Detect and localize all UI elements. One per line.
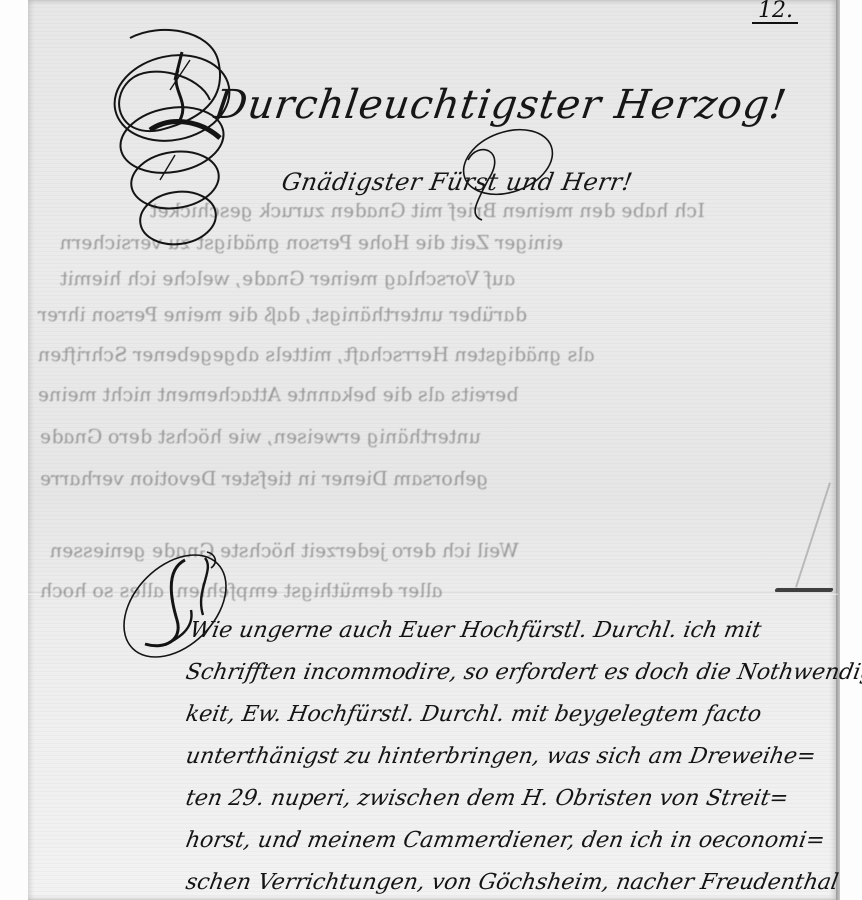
letter-body-line: schen Verrichtungen, von Göchsheim, nach… [184, 870, 840, 895]
bleed-through-line: auf Vorschlag meiner Gnade, welche ich h… [58, 268, 518, 290]
page-right-edge [836, 0, 840, 900]
letter-body-line: Wie ungerne auch Euer Hochfürstl. Durchl… [188, 618, 763, 643]
bleed-through-line: darüber unterthänigst, daß die meine Per… [36, 304, 530, 326]
bleed-through-line: unterthänig erweisen, wie höchst dero Gn… [38, 426, 484, 448]
folio-number: 12. [752, 0, 798, 24]
letter-body-line: ten 29. nuperi, zwischen dem H. Obristen… [184, 786, 791, 811]
letter-body-line: unterthänigst zu hinterbringen, was sich… [184, 744, 818, 769]
initial-w-flourish [115, 540, 235, 670]
folio-number-text: 12. [758, 0, 793, 23]
bleed-through-line: aller demüthigst empfehlen, alles so hoc… [38, 580, 446, 602]
letter-body-line: keit, Ew. Hochfürstl. Durchl. mit beygel… [184, 702, 764, 727]
bleed-through-line: gehorsam Diener in tiefster Devotion ver… [38, 468, 491, 490]
initial-d-flourish [100, 20, 250, 270]
letter-body-line: Schrifften incommodire, so erfordert es … [184, 660, 862, 685]
bleed-through-line: als gnädigsten Herrschaft, mittels abgeg… [36, 344, 598, 366]
letter-body-line: horst, und meinem Cammerdiener, den ich … [184, 828, 827, 853]
fold-tear-mark [774, 588, 833, 592]
letter-salutation: Gnädigster Fürst und Herr! [280, 168, 635, 196]
bleed-through-line: bereits als die bekannte Attachement nic… [36, 384, 521, 406]
